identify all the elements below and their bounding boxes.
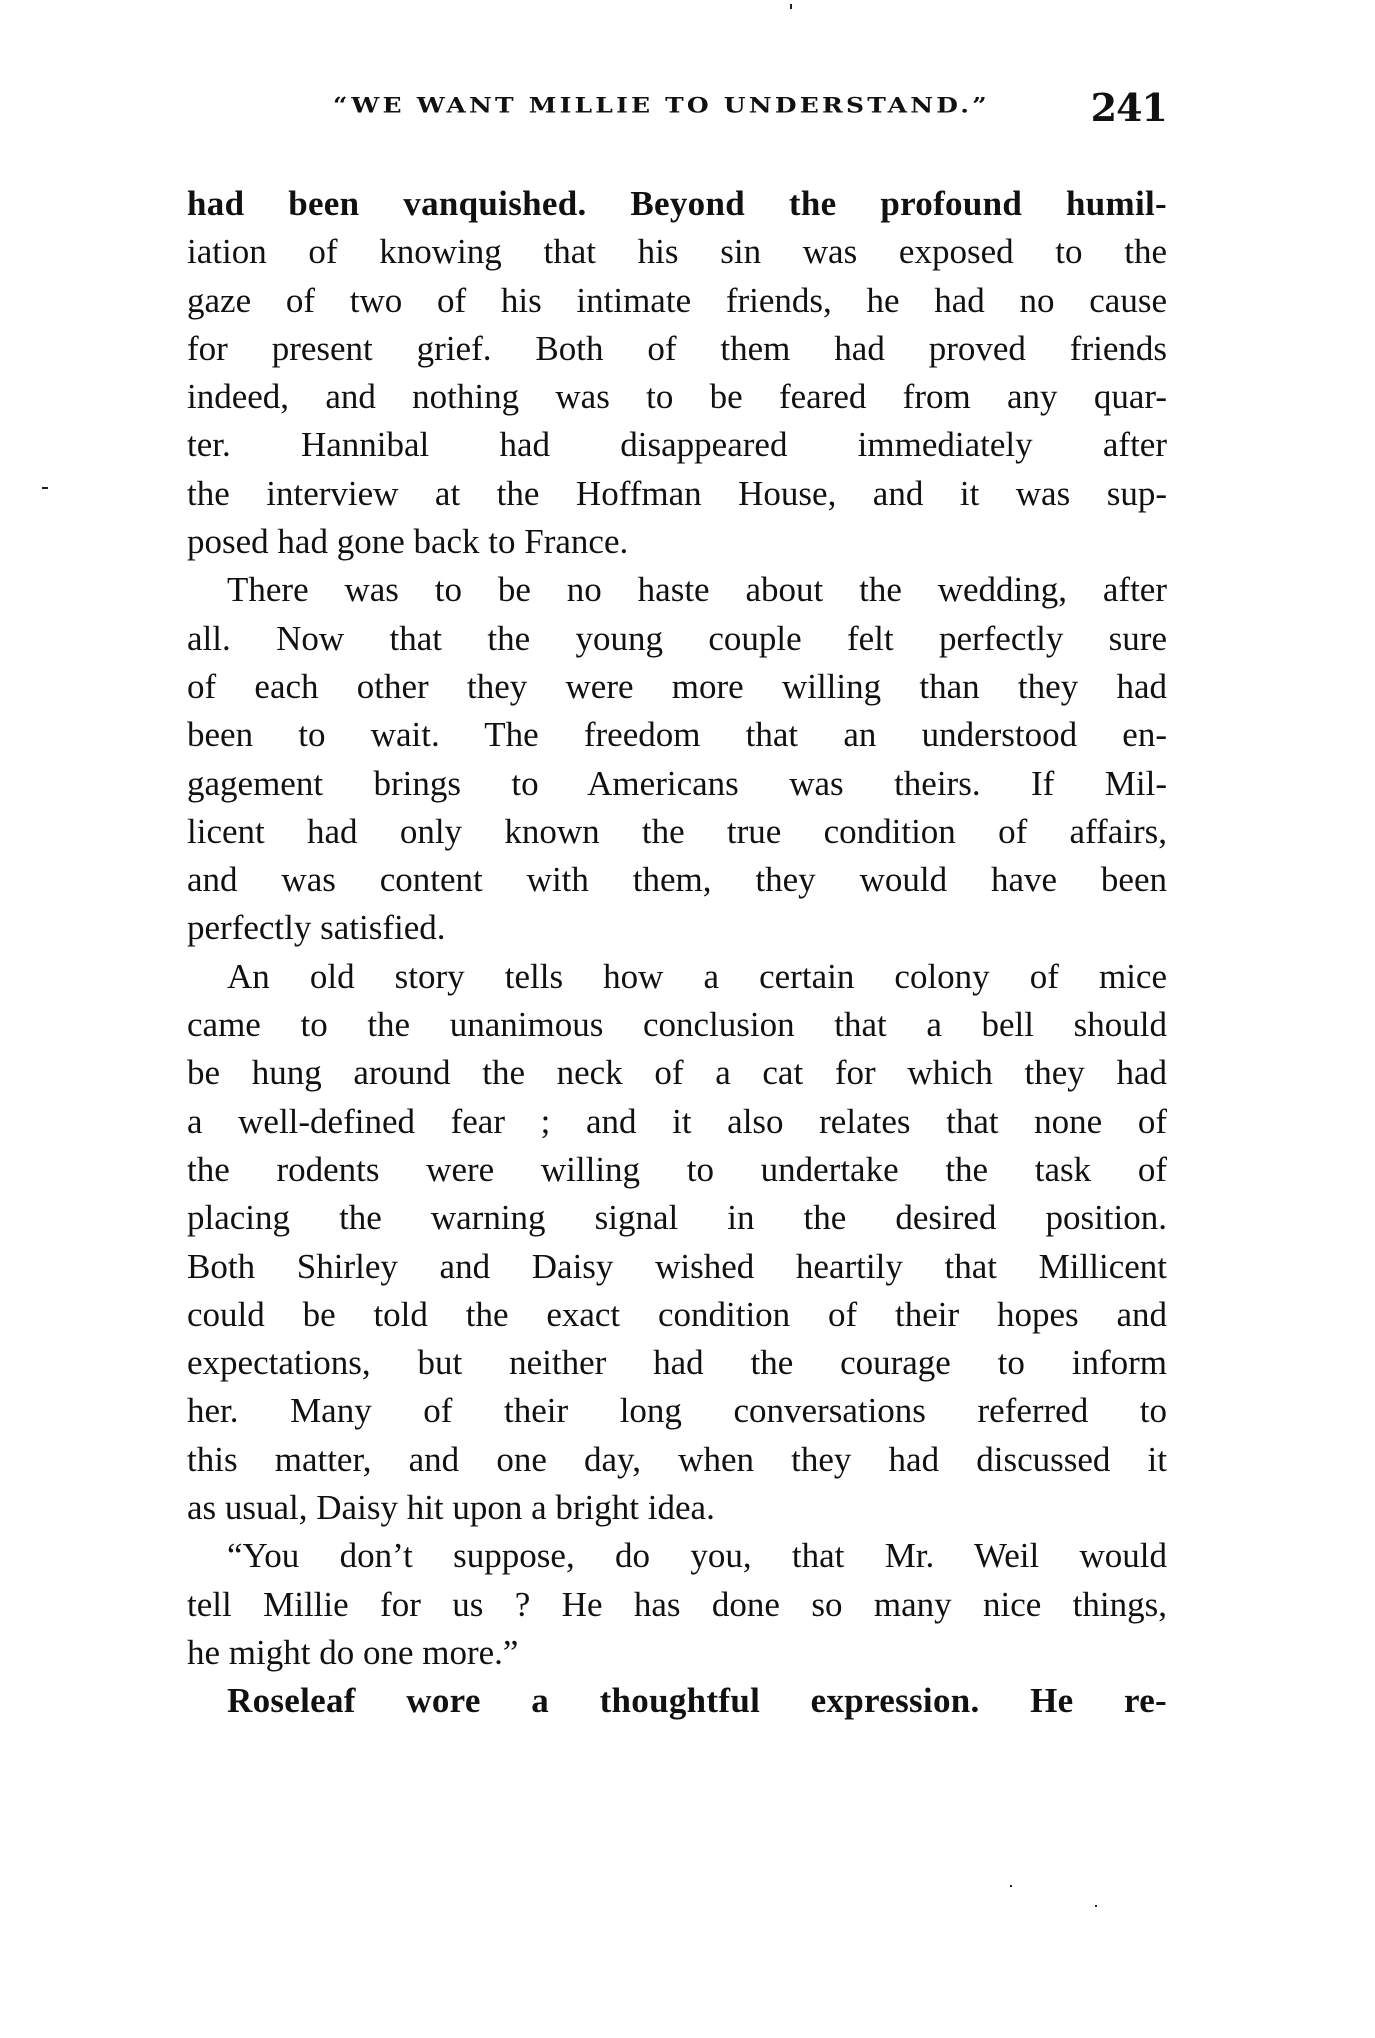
scan-speck xyxy=(42,487,48,489)
text-line: “You don’t suppose, do you, that Mr. Wei… xyxy=(187,1532,1167,1580)
text-line: iation of knowing that his sin was expos… xyxy=(187,228,1167,276)
text-line: this matter, and one day, when they had … xyxy=(187,1436,1167,1484)
text-line: placing the warning signal in the desire… xyxy=(187,1194,1167,1242)
text-line: An old story tells how a certain colony … xyxy=(187,953,1167,1001)
text-line: a well-defined fear ; and it also relate… xyxy=(187,1098,1167,1146)
text-line: licent had only known the true condition… xyxy=(187,808,1167,856)
text-line: indeed, and nothing was to be feared fro… xyxy=(187,373,1167,421)
text-line: gagement brings to Americans was theirs.… xyxy=(187,760,1167,808)
text-line: Both Shirley and Daisy wished heartily t… xyxy=(187,1243,1167,1291)
text-line: came to the unanimous conclusion that a … xyxy=(187,1001,1167,1049)
paragraph: There was to be no haste about the weddi… xyxy=(187,566,1167,952)
running-head: “WE WANT MILLIE TO UNDERSTAND.” 241 xyxy=(333,88,1167,132)
text-line: expectations, but neither had the courag… xyxy=(187,1339,1167,1387)
text-line: as usual, Daisy hit upon a bright idea. xyxy=(187,1484,1167,1532)
text-line: all. Now that the young couple felt perf… xyxy=(187,615,1167,663)
text-line: the interview at the Hoffman House, and … xyxy=(187,470,1167,518)
text-line: and was content with them, they would ha… xyxy=(187,856,1167,904)
page-number: 241 xyxy=(1091,88,1167,128)
paragraph: had been vanquished. Beyond the profound… xyxy=(187,180,1167,566)
chapter-title: “WE WANT MILLIE TO UNDERSTAND.” xyxy=(333,92,990,120)
text-line: be hung around the neck of a cat for whi… xyxy=(187,1049,1167,1097)
scan-speck xyxy=(1010,1885,1012,1887)
text-line: he might do one more.” xyxy=(187,1629,1167,1677)
text-line: been to wait. The freedom that an unders… xyxy=(187,711,1167,759)
text-line: could be told the exact condition of the… xyxy=(187,1291,1167,1339)
text-line: perfectly satisfied. xyxy=(187,904,1167,952)
text-line: tell Millie for us ? He has done so many… xyxy=(187,1581,1167,1629)
text-line: Roseleaf wore a thoughtful expression. H… xyxy=(187,1677,1167,1725)
text-line: the rodents were willing to undertake th… xyxy=(187,1146,1167,1194)
body-text: had been vanquished. Beyond the profound… xyxy=(187,180,1167,1726)
text-line: her. Many of their long conversations re… xyxy=(187,1387,1167,1435)
text-line: of each other they were more willing tha… xyxy=(187,663,1167,711)
book-page: “WE WANT MILLIE TO UNDERSTAND.” 241 had … xyxy=(0,0,1375,2038)
scan-speck xyxy=(790,4,792,9)
scan-speck xyxy=(1095,1905,1097,1907)
text-line: for present grief. Both of them had prov… xyxy=(187,325,1167,373)
paragraph: Roseleaf wore a thoughtful expression. H… xyxy=(187,1677,1167,1725)
paragraph: “You don’t suppose, do you, that Mr. Wei… xyxy=(187,1532,1167,1677)
text-line: had been vanquished. Beyond the profound… xyxy=(187,180,1167,228)
text-line: ter. Hannibal had disappeared immediatel… xyxy=(187,421,1167,469)
text-line: posed had gone back to France. xyxy=(187,518,1167,566)
text-line: There was to be no haste about the weddi… xyxy=(187,566,1167,614)
text-line: gaze of two of his intimate friends, he … xyxy=(187,277,1167,325)
paragraph: An old story tells how a certain colony … xyxy=(187,953,1167,1533)
